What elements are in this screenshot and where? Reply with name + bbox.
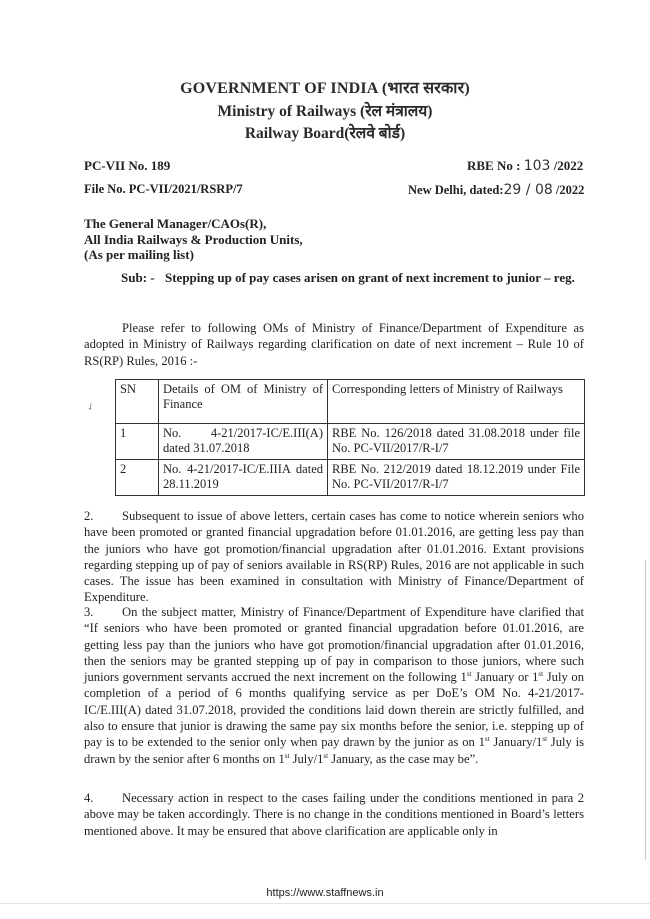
subject-label: Sub: - [121, 270, 155, 286]
header-government: GOVERNMENT OF INDIA (भारत सरकार) [0, 76, 650, 98]
paragraph-text: Subsequent to issue of above letters, ce… [84, 509, 584, 604]
dated-line: New Delhi, dated:29 / 08 /2022 [408, 182, 584, 198]
dated-day: 29 [503, 182, 521, 198]
subject-text: Stepping up of pay cases arisen on grant… [165, 270, 585, 286]
paragraph-text: January/1 [490, 735, 543, 749]
pc-number: PC-VII No. 189 [84, 158, 170, 174]
rbe-handwritten-number: 103 [524, 158, 551, 174]
rbe-number: RBE No : 103 /2022 [467, 158, 583, 174]
paragraph-text: July/1 [289, 752, 323, 766]
table-row: 2 No. 4-21/2017-IC/E.IIIA dated 28.11.20… [116, 460, 585, 496]
table-cell: No. 4-21/2017-IC/E.IIIA dated 28.11.2019 [159, 460, 328, 496]
table-cell: 1 [116, 424, 159, 460]
footer-url[interactable]: https://www.staffnews.in [0, 887, 650, 899]
rbe-year: /2022 [550, 158, 583, 173]
dated-month: 08 [535, 182, 553, 198]
scan-edge-line-bottom [0, 903, 650, 904]
paragraph-4: 4.Necessary action in respect to the cas… [84, 790, 584, 839]
paragraph-number: 4. [84, 790, 122, 806]
addressee-line: The General Manager/CAOs(R), [84, 216, 504, 232]
table-cell: No. 4-21/2017-IC/E.III(A) dated 31.07.20… [159, 424, 328, 460]
header-ministry: Ministry of Railways (रेल मंत्रालय) [0, 99, 650, 121]
table-header-cell: Details of OM of Ministry of Finance [159, 380, 328, 424]
paragraph-number: 3. [84, 604, 122, 620]
file-number: File No. PC-VII/2021/RSRP/7 [84, 182, 243, 197]
intro-text: Please refer to following OMs of Ministr… [84, 321, 584, 368]
om-reference-table: SN Details of OM of Ministry of Finance … [115, 379, 585, 496]
table-row: 1 No. 4-21/2017-IC/E.III(A) dated 31.07.… [116, 424, 585, 460]
paragraph-text: January or 1 [471, 670, 538, 684]
table-cell: RBE No. 126/2018 dated 31.08.2018 under … [328, 424, 585, 460]
scan-edge-line [645, 560, 646, 860]
dated-label: New Delhi, dated: [408, 183, 503, 197]
rbe-label: RBE No : [467, 158, 524, 173]
paragraph-number: 2. [84, 508, 122, 524]
pen-mark: ✓ [85, 401, 98, 415]
dated-year: /2022 [553, 183, 585, 197]
addressee-line: All India Railways & Production Units, [84, 232, 504, 248]
paragraph-text: January, as the case may be”. [328, 752, 478, 766]
table-header-cell: Corresponding letters of Ministry of Rai… [328, 380, 585, 424]
header-board: Railway Board(रेलवे बोर्ड) [0, 121, 650, 143]
addressee-line: (As per mailing list) [84, 247, 504, 263]
table-header-row: SN Details of OM of Ministry of Finance … [116, 380, 585, 424]
paragraph-3: 3.On the subject matter, Ministry of Fin… [84, 604, 584, 767]
document-page: GOVERNMENT OF INDIA (भारत सरकार) Ministr… [0, 0, 650, 919]
table-cell: 2 [116, 460, 159, 496]
dated-sep: / [521, 182, 535, 198]
intro-paragraph: Please refer to following OMs of Ministr… [84, 320, 584, 369]
table-header-cell: SN [116, 380, 159, 424]
addressee-block: The General Manager/CAOs(R), All India R… [84, 216, 504, 263]
paragraph-2: 2.Subsequent to issue of above letters, … [84, 508, 584, 606]
table-cell: RBE No. 212/2019 dated 18.12.2019 under … [328, 460, 585, 496]
paragraph-text: Necessary action in respect to the cases… [84, 791, 584, 838]
